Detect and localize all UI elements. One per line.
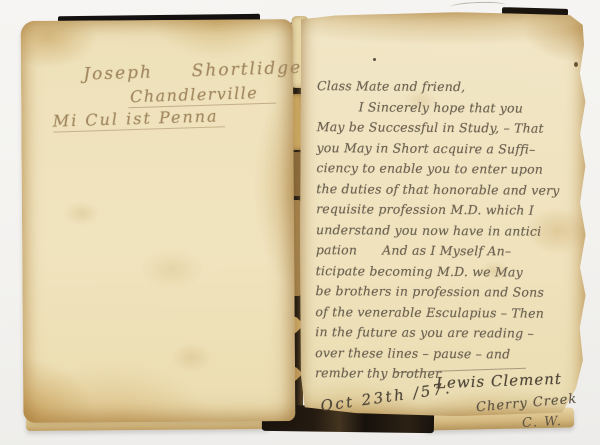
- handwriting-line: understand you now have in antici: [316, 220, 578, 242]
- handwriting-line: pation And as I Myself An–: [316, 240, 578, 262]
- owner-town: Chandlerville: [128, 82, 289, 106]
- handwriting-line: you May in Short acquire a Suffi–: [317, 138, 579, 160]
- handwriting-line: May be Successful in Study, – That: [317, 117, 579, 139]
- inscription-region: C. W.: [522, 414, 563, 431]
- ink-speck: [574, 62, 578, 67]
- handwriting-line: ticipate becoming M.D. we May: [316, 261, 578, 283]
- faint-pencil-squiggle: [450, 1, 506, 11]
- handwriting-line: in the future as you are reading –: [315, 322, 577, 344]
- ink-speck: [373, 58, 376, 61]
- handwriting-line: the duties of that honorable and very: [316, 179, 578, 201]
- handwriting-line: I Sincerely hope that you: [317, 97, 579, 119]
- handwriting-line: ciency to enable you to enter upon: [316, 158, 578, 180]
- right-page-message: Class Mate and friend, I Sincerely hope …: [315, 76, 579, 385]
- handwriting-line: of the venerable Esculapius – Then: [315, 302, 577, 324]
- photo-of-open-autograph-album: Joseph Shortlidge Chandlerville Mi Cul i…: [0, 0, 600, 445]
- handwriting-line: Class Mate and friend,: [317, 76, 579, 98]
- handwriting-line: requisite profession M.D. which I: [316, 199, 578, 221]
- handwriting-line: be brothers in profession and Sons: [316, 281, 578, 303]
- left-page-inscription: Joseph Shortlidge Chandlerville Mi Cul i…: [47, 58, 289, 131]
- handwriting-line: over these lines – pause – and: [315, 343, 577, 365]
